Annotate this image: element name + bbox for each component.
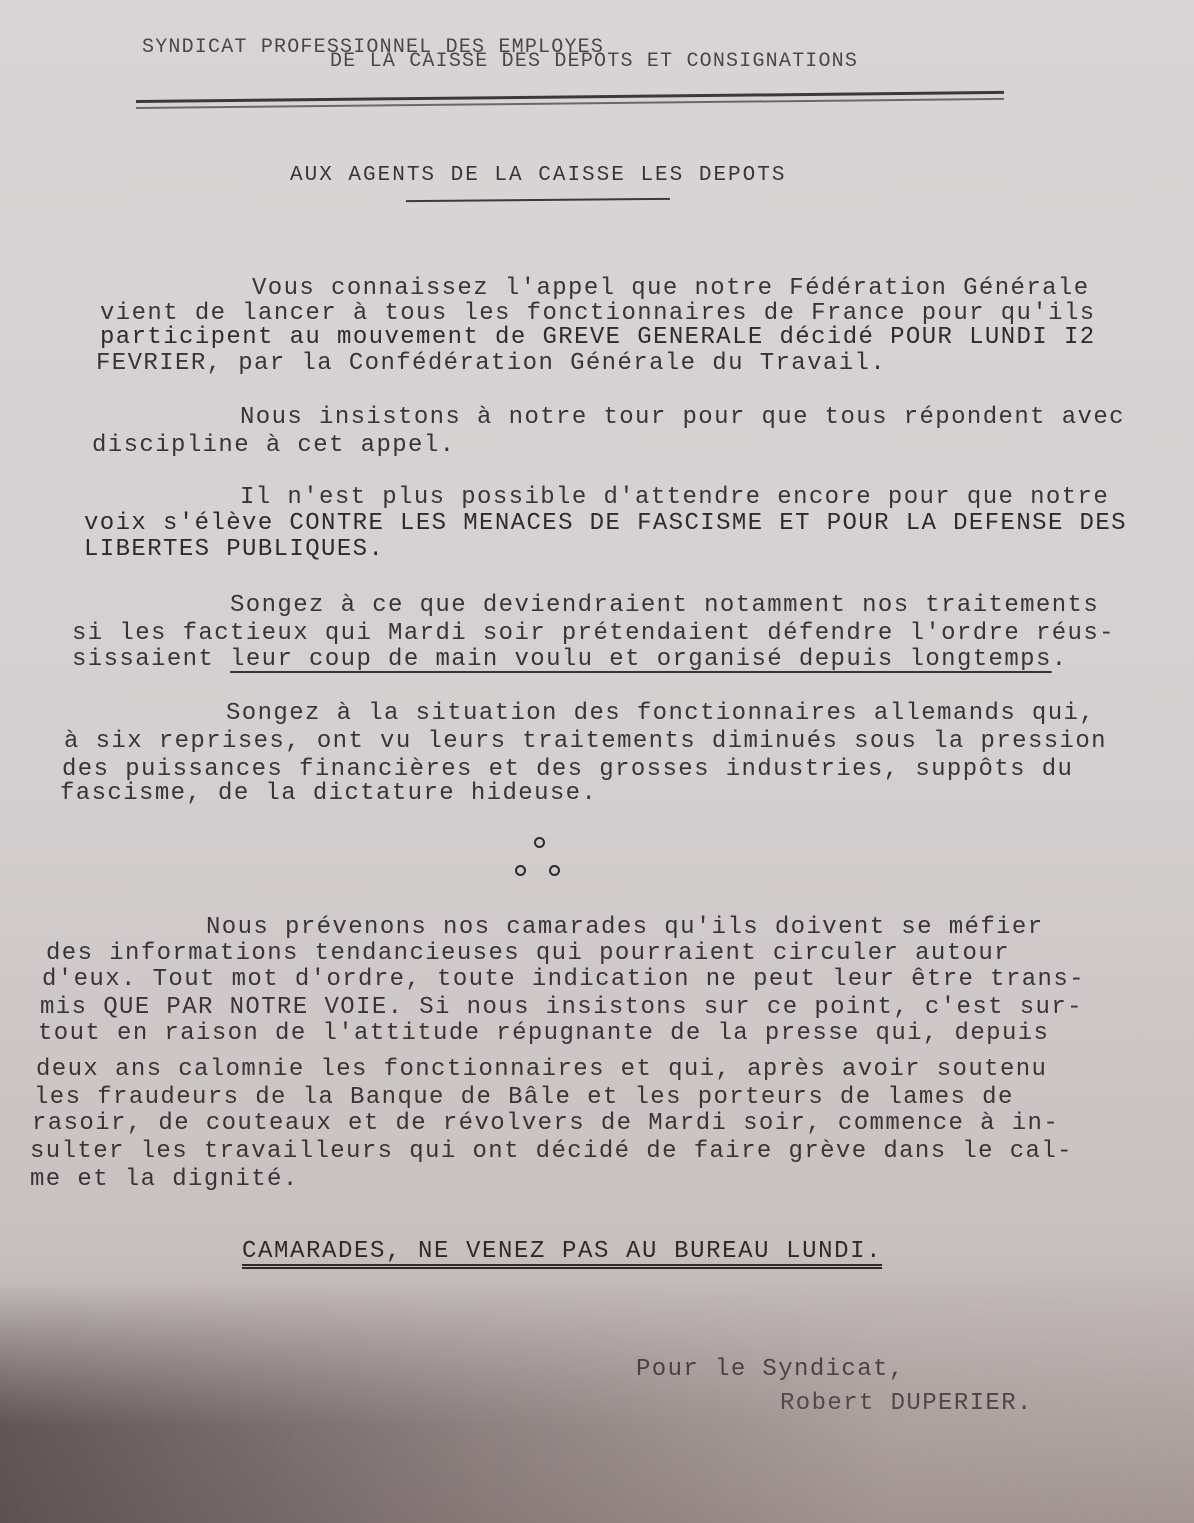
paragraph-3-line-1: Il n'est plus possible d'attendre encore…: [240, 484, 1109, 511]
paragraph-4-line-2: si les factieux qui Mardi soir prétendai…: [72, 620, 1115, 647]
paragraph-4-tail: .: [1052, 646, 1068, 673]
separator-circle-top: [534, 837, 545, 848]
document-title: AUX AGENTS DE LA CAISSE LES DEPOTS: [290, 164, 786, 187]
underlined-phrase: leur coup de main voulu et organisé depu…: [230, 646, 1052, 673]
paragraph-6-line-2: des informations tendancieuses qui pourr…: [46, 940, 1010, 967]
paragraph-5-line-2: à six reprises, ont vu leurs traitements…: [64, 728, 1107, 755]
paragraph-1-line-2: vient de lancer à tous les fonctionnaire…: [100, 300, 1096, 327]
paragraph-4-line-1: Songez à ce que deviendraient notamment …: [230, 592, 1099, 619]
paragraph-6-line-3: d'eux. Tout mot d'ordre, toute indicatio…: [42, 966, 1085, 993]
paragraph-2-line-2: discipline à cet appel.: [92, 432, 455, 459]
paragraph-2-line-1: Nous insistons à notre tour pour que tou…: [240, 404, 1125, 431]
paragraph-6-line-10: me et la dignité.: [30, 1166, 299, 1193]
paragraph-5-line-4: fascisme, de la dictature hideuse.: [60, 780, 597, 807]
paragraph-5-line-3: des puissances financières et des grosse…: [62, 756, 1073, 783]
paragraph-4-line-3-start: sissaient: [72, 646, 230, 673]
paragraph-6-line-7: les fraudeurs de la Banque de Bâle et le…: [34, 1084, 1014, 1111]
paragraph-4-line-3: sissaient leur coup de main voulu et org…: [72, 646, 1068, 673]
header-line-2: DE LA CAISSE DES DEPOTS ET CONSIGNATIONS: [330, 50, 858, 73]
paragraph-6-line-9: sulter les travailleurs qui ont décidé d…: [30, 1138, 1073, 1165]
separator-circle-right: [549, 865, 560, 876]
call-to-action: CAMARADES, NE VENEZ PAS AU BUREAU LUNDI.: [242, 1238, 882, 1265]
paragraph-6-line-1: Nous prévenons nos camarades qu'ils doiv…: [206, 914, 1044, 941]
signature-line-1: Pour le Syndicat,: [636, 1356, 905, 1383]
separator-circle-left: [515, 865, 526, 876]
paragraph-6-line-8: rasoir, de couteaux et de révolvers de M…: [32, 1110, 1059, 1137]
title-underline: [406, 198, 670, 202]
paragraph-1-line-3: participent au mouvement de GREVE GENERA…: [100, 324, 1096, 351]
paragraph-6-line-6: deux ans calomnie les fonctionnaires et …: [36, 1056, 1047, 1083]
paragraph-3-line-3: LIBERTES PUBLIQUES.: [84, 536, 384, 563]
paragraph-6-line-5: tout en raison de l'attitude répugnante …: [38, 1020, 1049, 1047]
paragraph-6-line-4: mis QUE PAR NOTRE VOIE. Si nous insiston…: [40, 994, 1083, 1021]
paragraph-1-line-4: FEVRIER, par la Confédération Générale d…: [96, 350, 886, 377]
paragraph-3-line-2: voix s'élève CONTRE LES MENACES DE FASCI…: [84, 510, 1127, 537]
paragraph-1-line-1: Vous connaissez l'appel que notre Fédéra…: [252, 275, 1090, 302]
signature-name: Robert DUPERIER.: [780, 1390, 1033, 1417]
paragraph-5-line-1: Songez à la situation des fonctionnaires…: [226, 700, 1095, 727]
